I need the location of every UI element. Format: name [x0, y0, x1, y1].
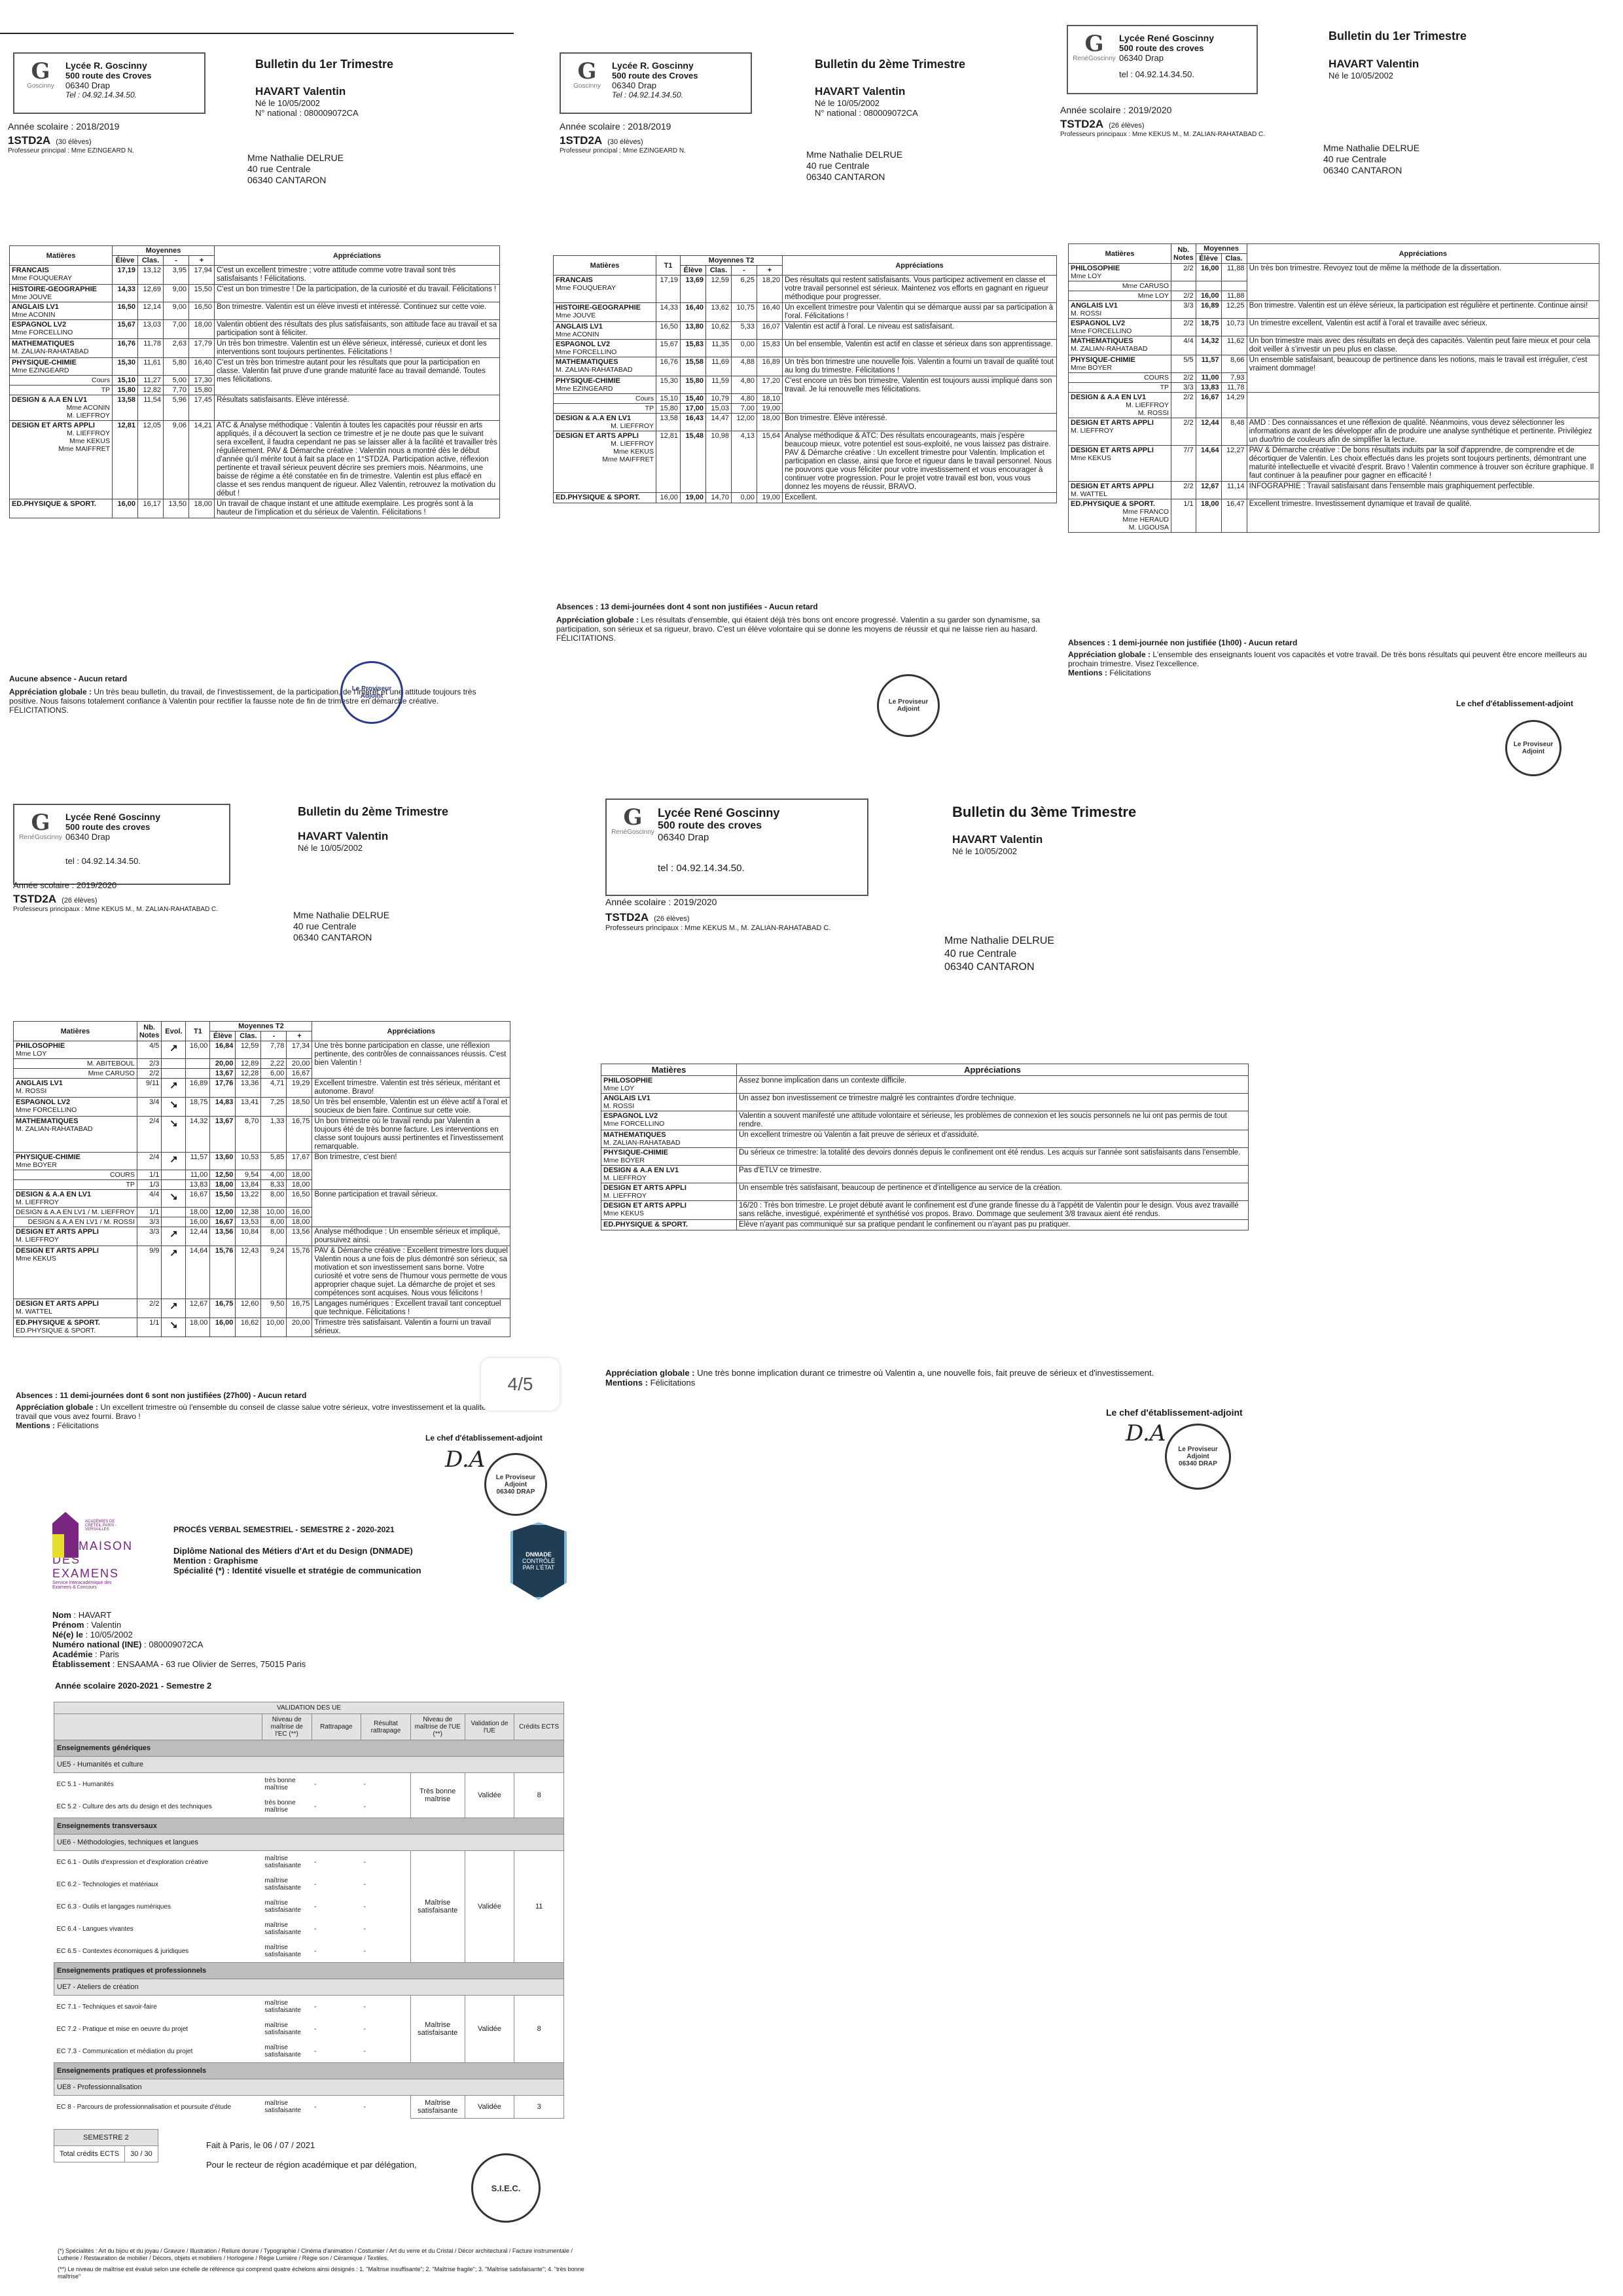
teacher-name: Mme FORCELLINO — [12, 329, 110, 336]
total-ects-label: Total crédits ECTS — [54, 2146, 125, 2162]
subject-cell: DESIGN ET ARTS APPLIM. LIEFFROYMme KEKUS… — [554, 431, 656, 493]
appreciation: Résultats satisfaisants. Elève intéressé… — [215, 395, 500, 421]
teacher-name: M. ZALIAN-RAHATABAD — [603, 1139, 734, 1147]
table-row: DESIGN ET ARTS APPLIM. LIEFFROYUn ensemb… — [601, 1183, 1249, 1201]
teacher-name: M. ZALIAN-RAHATABAD — [1071, 345, 1169, 353]
issue-date: Fait à Paris, le 06 / 07 / 2021 — [206, 2140, 315, 2150]
appreciation: Bonne participation et travail sérieux. — [312, 1190, 510, 1227]
table-row: HISTOIRE-GEOGRAPHIEMme JOUVE14,3316,4013… — [554, 303, 1057, 322]
table-row: MATHEMATIQUESM. ZALIAN-RAHATABAD16,7611,… — [10, 339, 500, 358]
school-address: 500 route des croves — [658, 820, 779, 832]
subject-cell: MATHEMATIQUESM. ZALIAN-RAHATABAD — [10, 339, 113, 358]
teacher-name: Mme BOYER — [16, 1161, 135, 1169]
teacher-name: Mme FORCELLINO — [1071, 327, 1169, 335]
table-row: MATHEMATIQUESM. ZALIAN-RAHATABAD4/414,32… — [1069, 336, 1599, 355]
teacher-name: M. LIEFFROY — [1071, 427, 1169, 435]
grades-table-container: MatièresT1Moyennes T2AppréciationsÉlèveC… — [553, 255, 1057, 503]
ec-row: EC 7.1 - Techniques et savoir-fairemaîtr… — [54, 1996, 564, 2018]
teacher-name: ED.PHYSIQUE & SPORT. — [16, 1327, 135, 1335]
appreciation: C'est encore un très bon trimestre, Vale… — [783, 376, 1057, 414]
table-row: MATHEMATIQUESM. ZALIAN-RAHATABAD16,7615,… — [554, 357, 1057, 376]
teacher-name: M. LIEFFROY — [12, 412, 110, 420]
trend-up-icon: ↗ — [162, 1153, 186, 1170]
appreciation: Un excellent trimestre où Valentin a fai… — [737, 1130, 1249, 1148]
grades-table-container: MatièresAppréciationsPHILOSOPHIEMme LOYA… — [601, 1064, 1249, 1230]
bulletin-title: Bulletin du 1er Trimestre — [255, 58, 393, 71]
subject-cell: DESIGN ET ARTS APPLIM. WATTEL — [1069, 482, 1171, 499]
trend-up-icon: ↗ — [162, 1246, 186, 1299]
subject-cell: MATHEMATIQUESM. ZALIAN-RAHATABAD — [1069, 336, 1171, 355]
appreciation: Un bon trimestre mais avec des résultats… — [1247, 336, 1599, 355]
teacher-name: Mme FORCELLINO — [16, 1106, 135, 1114]
trend-down-icon: ↘ — [162, 1318, 186, 1337]
table-row: PHYSIQUE-CHIMIEMme BOYERDu sérieux ce tr… — [601, 1148, 1249, 1166]
bulletin-title: Bulletin du 2ème Trimestre — [298, 805, 448, 819]
subject-cell: FRANCAISMme FOUQUERAY — [10, 266, 113, 285]
school-year: Année scolaire : 2019/2020 — [13, 880, 218, 890]
class-count: (30 élèves) — [56, 138, 91, 146]
subject-cell: ANGLAIS LV1M. ROSSI — [1069, 301, 1171, 319]
teacher-name: Mme FOUQUERAY — [556, 284, 654, 292]
student-name: HAVART Valentin — [255, 85, 359, 98]
appreciation: Un excellent trimestre pour Valentin qui… — [783, 303, 1057, 322]
teacher-name: Mme KEKUS — [556, 448, 654, 456]
table-row: ANGLAIS LV1M. ROSSIUn assez bon investis… — [601, 1094, 1249, 1111]
subject-cell: ED.PHYSIQUE & SPORT. — [10, 499, 113, 518]
trend-up-icon: ↗ — [162, 1299, 186, 1318]
school-logo: GRenéGoscinny — [1077, 33, 1111, 62]
appreciation: Valentin est actif à l'oral. Le niveau e… — [783, 322, 1057, 340]
table-row: MATHEMATIQUESM. ZALIAN-RAHATABADUn excel… — [601, 1130, 1249, 1148]
teacher-name: Mme FORCELLINO — [556, 348, 654, 356]
subject-cell: DESIGN ET ARTS APPLIM. WATTEL — [14, 1299, 137, 1318]
appreciation: Excellent trimestre. Investissement dyna… — [1247, 499, 1599, 533]
table-row: DESIGN ET ARTS APPLIM. LIEFFROY2/212,448… — [1069, 418, 1599, 446]
school-address: 500 route des croves — [65, 822, 160, 832]
class-count: (26 élèves) — [62, 897, 97, 905]
recipient-address: Mme Nathalie DELRUE40 rue Centrale06340 … — [293, 910, 389, 943]
subject-cell: DESIGN ET ARTS APPLIM. LIEFFROYMme KEKUS… — [10, 421, 113, 499]
school-name: Lycée René Goscinny — [1119, 33, 1214, 43]
school-phone: tel : 04.92.14.34.50. — [65, 856, 160, 866]
appreciation: Excellent. — [783, 493, 1057, 503]
bulletin-footer: Absences : 11 demi-journées dont 6 sont … — [16, 1391, 513, 1430]
teacher-name: Mme HERAUD — [1071, 516, 1169, 524]
table-row: DESIGN ET ARTS APPLIM. LIEFFROYMme KEKUS… — [554, 431, 1057, 493]
subject-cell: ED.PHYSIQUE & SPORT. — [601, 1220, 737, 1230]
table-row: DESIGN & A.A EN LV1M. LIEFFROYM. ROSSI2/… — [1069, 393, 1599, 418]
school-city: 06340 Drap — [65, 832, 160, 842]
school-phone: tel : 04.92.14.34.50. — [658, 863, 779, 874]
table-row: DESIGN & A.A EN LV1M. LIEFFROY13,5816,43… — [554, 414, 1057, 431]
appreciation: PAV & Démarche créative : Excellent trim… — [312, 1246, 510, 1299]
subject-cell: PHYSIQUE-CHIMIEMme EZINGEARD — [554, 376, 656, 394]
teacher-name: Mme BOYER — [1071, 364, 1169, 372]
table-row: PHILOSOPHIEMme LOYAssez bonne implicatio… — [601, 1076, 1249, 1094]
teacher-name: M. LIEFFROY — [556, 422, 654, 430]
grades-table: MatièresMoyennesAppréciationsÉlèveClas.-… — [9, 245, 500, 518]
teacher-name: Mme ACONIN — [556, 331, 654, 338]
trend-down-icon: ↘ — [162, 1098, 186, 1117]
appreciation — [1247, 393, 1599, 418]
appreciation: C'est un excellent trimestre ; votre att… — [215, 266, 500, 285]
table-row: ESPAGNOL LV2Mme FORCELLINO15,6713,037,00… — [10, 320, 500, 339]
subject-cell: PHYSIQUE-CHIMIEMme BOYER — [14, 1153, 137, 1170]
subject-cell: ESPAGNOL LV2Mme FORCELLINO — [1069, 319, 1171, 336]
table-row: ANGLAIS LV1M. ROSSI9/11↗16,8917,7613,364… — [14, 1079, 510, 1098]
appreciation: PAV & Démarche créative : De bons résult… — [1247, 446, 1599, 482]
school-city: 06340 Drap — [612, 81, 698, 90]
school-stamp: Le Proviseur Adjoint06340 DRAP — [1165, 1424, 1231, 1490]
student-national-id: N° national : 080009072CA — [255, 108, 359, 118]
teacher-name: M. WATTEL — [16, 1308, 135, 1316]
subject-cell: ANGLAIS LV1M. ROSSI — [14, 1079, 137, 1098]
main-teacher: Professeurs principaux : Mme KEKUS M., M… — [605, 924, 830, 932]
teacher-name: Mme LOY — [603, 1085, 734, 1092]
teacher-name: Mme KEKUS — [16, 1255, 135, 1263]
appreciation: Analyse méthodique : Un ensemble sérieux… — [312, 1227, 510, 1246]
student-birth: Né le 10/05/2002 — [255, 98, 359, 108]
bulletin-footer: Aucune absence - Aucun retard Appréciati… — [9, 674, 500, 715]
teacher-name: M. LIEFFROY — [603, 1174, 734, 1182]
maison-des-examens-logo: ACADÉMIES DE CRÉTEIL PARIS - VERSAILLES … — [52, 1512, 124, 1590]
teacher-name: Mme EZINGEARD — [12, 367, 110, 374]
recipient-address: Mme Nathalie DELRUE40 rue Centrale06340 … — [806, 149, 902, 183]
appreciation: Un bon trimestre où le travail rendu par… — [312, 1117, 510, 1153]
subject-cell: HISTOIRE-GEOGRAPHIEMme JOUVE — [554, 303, 656, 322]
school-phone: Tel : 04.92.14.34.50. — [65, 90, 152, 99]
appreciation: Bon trimestre, c'est bien! — [312, 1153, 510, 1190]
class-name: TSTD2A — [1060, 118, 1103, 130]
school-year: Année scolaire : 2019/2020 — [605, 897, 830, 907]
subject-cell: DESIGN ET ARTS APPLIM. LIEFFROY — [14, 1227, 137, 1246]
subject-cell: DESIGN & A.A EN LV1M. LIEFFROY — [554, 414, 656, 431]
student-birth: Né le 10/05/2002 — [1329, 71, 1419, 81]
subject-cell: DESIGN ET ARTS APPLIM. LIEFFROY — [601, 1183, 737, 1201]
teacher-name: Mme LOY — [1071, 272, 1169, 280]
class-name: TSTD2A — [605, 911, 649, 924]
subject-cell: DESIGN ET ARTS APPLIMme KEKUS — [601, 1201, 737, 1220]
main-teacher: Professeur principal : Mme EZINGEARD N. — [560, 147, 686, 154]
table-title: VALIDATION DES UE — [54, 1702, 564, 1714]
school-phone: Tel : 04.92.14.34.50. — [612, 90, 698, 99]
school-name: Lycée R. Goscinny — [612, 60, 698, 71]
school-header: GGoscinny Lycée R. Goscinny 500 route de… — [13, 52, 205, 114]
school-stamp: Le Proviseur Adjoint — [877, 674, 940, 737]
teacher-name: M. LIEFFROY — [603, 1192, 734, 1200]
school-year: Année scolaire : 2018/2019 — [560, 121, 686, 132]
table-row: ED.PHYSIQUE & SPORT.ED.PHYSIQUE & SPORT.… — [14, 1318, 510, 1337]
teacher-name: Mme KEKUS — [603, 1210, 734, 1217]
teacher-name: M. LIGOUSA — [1071, 524, 1169, 531]
trend-up-icon: ↗ — [162, 1041, 186, 1059]
school-name: Lycée René Goscinny — [65, 812, 160, 822]
appreciation: AMD : Des connaissances et une réflexion… — [1247, 418, 1599, 446]
grades-table: MatièresNb. NotesMoyennesAppréciationsÉl… — [1068, 243, 1599, 533]
teacher-name: Mme KEKUS — [12, 437, 110, 445]
school-logo: GRenéGoscinny — [24, 812, 58, 841]
appreciation: Bon trimestre. Valentin est un élève inv… — [215, 302, 500, 320]
main-teacher: Professeur principal : Mme EZINGEARD N. — [8, 147, 134, 154]
table-row: HISTOIRE-GEOGRAPHIEMme JOUVE14,3312,699,… — [10, 285, 500, 302]
subject-cell: ED.PHYSIQUE & SPORT.Mme FRANCOMme HERAUD… — [1069, 499, 1171, 533]
bulletin-footer: Absences : 13 demi-journées dont 4 sont … — [556, 602, 1060, 643]
school-year: Année scolaire : 2018/2019 — [8, 121, 134, 132]
class-name: 1STD2A — [8, 134, 50, 147]
appreciation: Bon trimestre. Élève intéressé. — [783, 414, 1057, 431]
appreciation: Valentin obtient des résultats des plus … — [215, 320, 500, 339]
subject-cell: PHYSIQUE-CHIMIEMme BOYER — [601, 1148, 737, 1166]
subject-cell: ANGLAIS LV1M. ROSSI — [601, 1094, 737, 1111]
subject-cell: ED.PHYSIQUE & SPORT. — [554, 493, 656, 503]
teacher-name: M. LIEFFROY — [1071, 401, 1169, 409]
teacher-name: M. LIEFFROY — [556, 440, 654, 448]
subject-cell: MATHEMATIQUESM. ZALIAN-RAHATABAD — [601, 1130, 737, 1148]
table-row: PHYSIQUE-CHIMIEMme EZINGEARD15,3015,8011… — [554, 376, 1057, 394]
bulletin-footer: Appréciation globale : Une très bonne im… — [605, 1368, 1247, 1388]
table-row: DESIGN ET ARTS APPLIM. LIEFFROY3/3↗12,44… — [14, 1227, 510, 1246]
scan-edge-line — [0, 33, 514, 34]
footnote-specialites: (*) Spécialités : Art du bijou et du joy… — [58, 2248, 594, 2262]
teacher-name: M. ROSSI — [603, 1102, 734, 1110]
principal-signature-label: Le chef d'établissement-adjoint — [425, 1433, 543, 1443]
grades-table: MatièresAppréciationsPHILOSOPHIEMme LOYA… — [601, 1064, 1249, 1230]
bulletin-title: Bulletin du 3ème Trimestre — [952, 804, 1136, 821]
teacher-name: Mme ACONIN — [12, 311, 110, 319]
appreciation: Des résultats qui restent satisfaisants.… — [783, 276, 1057, 303]
subject-cell: ED.PHYSIQUE & SPORT.ED.PHYSIQUE & SPORT. — [14, 1318, 137, 1337]
table-row: PHILOSOPHIEMme LOY4/5↗16,0016,8412,597,7… — [14, 1041, 510, 1059]
bulletin-title: Bulletin du 2ème Trimestre — [815, 58, 965, 71]
table-row: DESIGN ET ARTS APPLIM. WATTEL2/212,6711,… — [1069, 482, 1599, 499]
subject-cell: ESPAGNOL LV2Mme FORCELLINO — [10, 320, 113, 339]
table-row: PHILOSOPHIEMme LOY2/216,0011,88Un très b… — [1069, 264, 1599, 281]
teacher-name: M. ROSSI — [1071, 409, 1169, 417]
class-count: (30 élèves) — [607, 138, 643, 146]
trend-down-icon: ↘ — [162, 1190, 186, 1208]
principal-signature: D.A — [1126, 1420, 1166, 1446]
table-row: ESPAGNOL LV2Mme FORCELLINOValentin a sou… — [601, 1111, 1249, 1130]
table-row: FRANCAISMme FOUQUERAY17,1913,123,9517,94… — [10, 266, 500, 285]
student-name: HAVART Valentin — [952, 833, 1043, 846]
table-row: ESPAGNOL LV2Mme FORCELLINO3/4↘18,7514,83… — [14, 1098, 510, 1117]
student-national-id: N° national : 080009072CA — [815, 108, 918, 118]
appreciation: Du sérieux ce trimestre: la totalité des… — [737, 1148, 1249, 1166]
grades-table: MatièresNb. NotesEvol.T1Moyennes T2Appré… — [13, 1021, 510, 1337]
school-address: 500 route des Croves — [65, 71, 152, 81]
table-row: ED.PHYSIQUE & SPORT.16,0019,0014,700,001… — [554, 493, 1057, 503]
recipient-address: Mme Nathalie DELRUE40 rue Centrale06340 … — [1323, 143, 1419, 176]
subject-cell: DESIGN ET ARTS APPLIMme KEKUS — [14, 1246, 137, 1299]
subject-cell: MATHEMATIQUESM. ZALIAN-RAHATABAD — [554, 357, 656, 376]
recipient-address: Mme Nathalie DELRUE40 rue Centrale06340 … — [944, 935, 1054, 974]
teacher-name: M. ZALIAN-RAHATABAD — [556, 366, 654, 374]
student-birth: Né le 10/05/2002 — [815, 98, 918, 108]
class-name: 1STD2A — [560, 134, 602, 147]
teacher-name: Mme MAIFFRET — [556, 456, 654, 463]
school-name: Lycée R. Goscinny — [65, 60, 152, 71]
identity-line: Prénom : Valentin — [52, 1620, 306, 1630]
teacher-name: Mme BOYER — [603, 1157, 734, 1164]
subject-cell: PHILOSOPHIEMme LOY — [1069, 264, 1171, 281]
identity-line: Numéro national (INE) : 080009072CA — [52, 1640, 306, 1649]
bulletin-title: Bulletin du 1er Trimestre — [1329, 29, 1467, 43]
subject-cell: HISTOIRE-GEOGRAPHIEMme JOUVE — [10, 285, 113, 302]
student-name: HAVART Valentin — [815, 85, 918, 98]
principal-signature: D.A — [445, 1446, 485, 1473]
subject-cell: ESPAGNOL LV2Mme FORCELLINO — [554, 340, 656, 357]
subject-cell: PHILOSOPHIEMme LOY — [14, 1041, 137, 1059]
ec-row: EC 8 - Parcours de professionnalisation … — [54, 2096, 564, 2119]
school-header: GGoscinny Lycée R. Goscinny 500 route de… — [560, 52, 752, 114]
school-stamp: Le Proviseur Adjoint06340 DRAP — [484, 1453, 547, 1516]
teacher-name: M. LIEFFROY — [12, 429, 110, 437]
table-row: ESPAGNOL LV2Mme FORCELLINO15,6715,8311,3… — [554, 340, 1057, 357]
appreciation: Trimestre très satisfaisant. Valentin a … — [312, 1318, 510, 1337]
teacher-name: Mme FOUQUERAY — [12, 274, 110, 282]
subject-cell: PHILOSOPHIEMme LOY — [601, 1076, 737, 1094]
appreciation: Elève n'ayant pas communiqué sur sa prat… — [737, 1220, 1249, 1230]
rector-delegation: Pour le recteur de région académique et … — [206, 2160, 417, 2170]
table-row: ANGLAIS LV1Mme ACONIN16,5012,149,0016,50… — [10, 302, 500, 320]
teacher-name: M. ZALIAN-RAHATABAD — [16, 1125, 135, 1133]
teacher-name: Mme FORCELLINO — [603, 1120, 734, 1128]
subject-cell: DESIGN & A.A EN LV1Mme ACONINM. LIEFFROY — [10, 395, 113, 421]
appreciation: Un trimestre excellent, Valentin est act… — [1247, 319, 1599, 336]
appreciation: Valentin a souvent manifesté une attitud… — [737, 1111, 1249, 1130]
appreciation: Pas d'ETLV ce trimestre. — [737, 1166, 1249, 1183]
subject-cell: PHYSIQUE-CHIMIEMme BOYER — [1069, 355, 1171, 373]
table-row: DESIGN ET ARTS APPLIMme KEKUS9/9↗14,6415… — [14, 1246, 510, 1299]
main-teacher: Professeurs principaux : Mme KEKUS M., M… — [1060, 131, 1309, 138]
diploma-info: Diplôme National des Métiers d'Art et du… — [173, 1546, 421, 1575]
appreciation: Analyse méthodique & ATC: Des résultats … — [783, 431, 1057, 493]
school-stamp: Le Proviseur Adjoint — [1505, 720, 1561, 776]
teacher-name: Mme FRANCO — [1071, 508, 1169, 516]
appreciation: Assez bonne implication dans un contexte… — [737, 1076, 1249, 1094]
student-identity: Nom : HAVARTPrénom : ValentinNé(e) le : … — [52, 1610, 306, 1669]
ects-summary: SEMESTRE 2 Total crédits ECTS30 / 30 — [54, 2129, 158, 2162]
teacher-name: Mme KEKUS — [1071, 454, 1169, 462]
appreciation: Un ensemble satisfaisant, beaucoup de pe… — [1247, 355, 1599, 393]
identity-line: Académie : Paris — [52, 1649, 306, 1659]
table-row: FRANCAISMme FOUQUERAY17,1913,6912,596,25… — [554, 276, 1057, 303]
recipient-address: Mme Nathalie DELRUE40 rue Centrale06340 … — [247, 152, 344, 186]
ec-row: EC 5.1 - Humanitéstrès bonne maîtrise--T… — [54, 1773, 564, 1796]
appreciation: INFOGRAPHIE : Travail satisfaisant dans … — [1247, 482, 1599, 499]
page-indicator[interactable]: 4/5 — [481, 1358, 560, 1410]
student-birth: Né le 10/05/2002 — [298, 843, 388, 853]
table-row: DESIGN & A.A EN LV1M. LIEFFROY4/4↘16,671… — [14, 1190, 510, 1208]
appreciation: C'est un bon trimestre ! De la participa… — [215, 285, 500, 302]
subject-cell: ANGLAIS LV1Mme ACONIN — [10, 302, 113, 320]
subject-cell: DESIGN & A.A EN LV1M. LIEFFROYM. ROSSI — [1069, 393, 1171, 418]
school-logo: GGoscinny — [570, 60, 604, 90]
teacher-name: Mme EZINGEARD — [556, 385, 654, 393]
table-row: DESIGN & A.A EN LV1M. LIEFFROYPas d'ETLV… — [601, 1166, 1249, 1183]
bulletin-footer: Absences : 1 demi-journée non justifiée … — [1068, 638, 1605, 677]
school-stamp: Le Proviseur Adjoint — [340, 661, 403, 724]
teacher-name: Mme MAIFFRET — [12, 445, 110, 453]
teacher-name: M. ROSSI — [1071, 310, 1169, 317]
ec-row: EC 6.1 - Outils d'expression et d'explor… — [54, 1851, 564, 1874]
subject-cell: DESIGN ET ARTS APPLIMme KEKUS — [1069, 446, 1171, 482]
table-row: DESIGN ET ARTS APPLIMme KEKUS16/20 : Trè… — [601, 1201, 1249, 1220]
school-city: 06340 Drap — [1119, 53, 1214, 63]
appreciation: Bon trimestre. Valentin est un élève sér… — [1247, 301, 1599, 319]
identity-line: Nom : HAVART — [52, 1610, 306, 1620]
appreciation: ATC & Analyse méthodique : Valentin à to… — [215, 421, 500, 499]
appreciation: Excellent trimestre. Valentin est très s… — [312, 1079, 510, 1098]
school-header: GRenéGoscinny Lycée René Goscinny 500 ro… — [605, 798, 868, 896]
teacher-name: Mme JOUVE — [12, 293, 110, 301]
school-name: Lycée René Goscinny — [658, 806, 779, 820]
school-city: 06340 Drap — [658, 832, 779, 843]
trend-down-icon: ↘ — [162, 1117, 186, 1153]
table-row: PHYSIQUE-CHIMIEMme EZINGEARD15,3011,615,… — [10, 358, 500, 376]
school-logo: GGoscinny — [24, 60, 58, 90]
identity-line: Né(e) le : 10/05/2002 — [52, 1630, 306, 1640]
academic-year: Année scolaire 2020-2021 - Semestre 2 — [55, 1681, 211, 1691]
table-row: ANGLAIS LV1M. ROSSI3/316,8912,25Bon trim… — [1069, 301, 1599, 319]
class-count: (26 élèves) — [654, 915, 689, 923]
main-teacher: Professeurs principaux : Mme KEKUS M., M… — [13, 906, 218, 913]
school-phone: tel : 04.92.14.34.50. — [1119, 69, 1214, 79]
appreciation: Un bel ensemble, Valentin est actif en c… — [783, 340, 1057, 357]
school-header: GRenéGoscinny Lycée René Goscinny 500 ro… — [13, 804, 230, 885]
appreciation: Langages numériques : Excellent travail … — [312, 1299, 510, 1318]
subject-cell: ESPAGNOL LV2Mme FORCELLINO — [14, 1098, 137, 1117]
table-row: DESIGN ET ARTS APPLIMme KEKUS7/714,6412,… — [1069, 446, 1599, 482]
pv-title: PROCÉS VERBAL SEMESTRIEL - SEMESTRE 2 - … — [173, 1525, 395, 1534]
appreciation: Un très bon trimestre. Valentin est un é… — [215, 339, 500, 358]
teacher-name: M. ZALIAN-RAHATABAD — [12, 348, 110, 355]
appreciation: Un travail de chaque instant et une atti… — [215, 499, 500, 518]
ue-validation-table: VALIDATION DES UENiveau de maîtrise de l… — [54, 1702, 564, 2119]
subject-cell: MATHEMATIQUESM. ZALIAN-RAHATABAD — [14, 1117, 137, 1153]
table-row: MATHEMATIQUESM. ZALIAN-RAHATABAD2/4↘14,3… — [14, 1117, 510, 1153]
trend-up-icon: ↗ — [162, 1079, 186, 1098]
table-row: ANGLAIS LV1Mme ACONIN16,5013,8010,625,33… — [554, 322, 1057, 340]
subject-cell: DESIGN ET ARTS APPLIM. LIEFFROY — [1069, 418, 1171, 446]
table-row: ED.PHYSIQUE & SPORT.Elève n'ayant pas co… — [601, 1220, 1249, 1230]
identity-line: Établissement : ENSAAMA - 63 rue Olivier… — [52, 1659, 306, 1669]
school-header: GRenéGoscinny Lycée René Goscinny 500 ro… — [1067, 25, 1258, 94]
table-row: DESIGN ET ARTS APPLIM. LIEFFROYMme KEKUS… — [10, 421, 500, 499]
grades-table-container: MatièresNb. NotesEvol.T1Moyennes T2Appré… — [13, 1021, 510, 1337]
grades-table-container: MatièresMoyennesAppréciationsÉlèveClas.-… — [9, 245, 500, 518]
school-address: 500 route des croves — [1119, 43, 1214, 53]
principal-signature-label: Le chef d'établissement-adjoint — [1456, 699, 1573, 708]
footnote-maitrise: (**) Le niveau de maîtrise est évalué se… — [58, 2266, 594, 2280]
table-row: ESPAGNOL LV2Mme FORCELLINO2/218,7510,73U… — [1069, 319, 1599, 336]
subject-cell: ANGLAIS LV1Mme ACONIN — [554, 322, 656, 340]
appreciation: Une très bonne participation en classe, … — [312, 1041, 510, 1079]
class-count: (26 élèves) — [1109, 122, 1144, 130]
student-birth: Né le 10/05/2002 — [952, 846, 1043, 856]
appreciation: C'est un très bon trimestre autant pour … — [215, 358, 500, 395]
table-row: DESIGN ET ARTS APPLIM. WATTEL2/2↗12,6716… — [14, 1299, 510, 1318]
teacher-name: Mme LOY — [16, 1050, 135, 1058]
semester-label: SEMESTRE 2 — [54, 2130, 158, 2146]
appreciation: Un ensemble très satisfaisant, beaucoup … — [737, 1183, 1249, 1201]
table-row: DESIGN & A.A EN LV1Mme ACONINM. LIEFFROY… — [10, 395, 500, 421]
dnmade-state-badge: DNMADECONTRÔLÉPAR L'ÉTAT — [510, 1522, 567, 1600]
table-row: ED.PHYSIQUE & SPORT.Mme FRANCOMme HERAUD… — [1069, 499, 1599, 533]
subject-cell: ESPAGNOL LV2Mme FORCELLINO — [601, 1111, 737, 1130]
ue-validation-table-container: VALIDATION DES UENiveau de maîtrise de l… — [54, 1702, 564, 2119]
class-name: TSTD2A — [13, 893, 56, 905]
